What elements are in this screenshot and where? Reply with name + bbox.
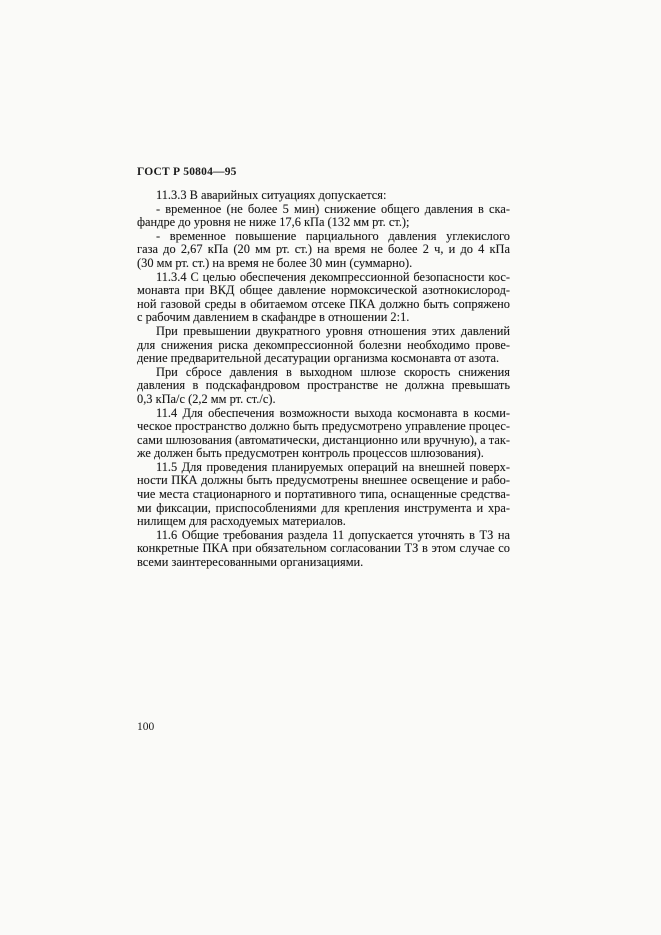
text-line: чие места стационарного и портативного т… bbox=[137, 488, 510, 502]
paragraph: 11.6 Общие требования раздела 11 допуска… bbox=[137, 529, 510, 570]
text-line: фандре до уровня не ниже 17,6 кПа (132 м… bbox=[137, 216, 510, 230]
text-line: ческое пространство должно быть предусмо… bbox=[137, 420, 510, 434]
text-line: 0,3 кПа/с (2,2 мм рт. ст./с). bbox=[137, 393, 510, 407]
text-line: ми фиксации, приспособлениями для крепле… bbox=[137, 502, 510, 516]
text-line: нилищем для расходуемых материалов. bbox=[137, 515, 510, 529]
text-line: ности ПКА должны быть предусмотрены внеш… bbox=[137, 474, 510, 488]
page-number: 100 bbox=[137, 721, 154, 733]
text-line: 11.5 Для проведения планируемых операций… bbox=[137, 461, 510, 475]
text-line: (30 мм рт. ст.) на время не более 30 мин… bbox=[137, 257, 510, 271]
text-line: - временное повышение парциального давле… bbox=[137, 230, 510, 244]
text-line: При сбросе давления в выходном шлюзе ско… bbox=[137, 366, 510, 380]
text-line: 11.6 Общие требования раздела 11 допуска… bbox=[137, 529, 510, 543]
text-line: 11.3.4 С целью обеспечения декомпрессион… bbox=[137, 271, 510, 285]
text-line: газа до 2,67 кПа (20 мм рт. ст.) на врем… bbox=[137, 243, 510, 257]
text-line: дение предварительной десатурации органи… bbox=[137, 352, 510, 366]
text-line: же должен быть предусмотрен контроль про… bbox=[137, 447, 510, 461]
paragraph: 11.3.4 С целью обеспечения декомпрессион… bbox=[137, 271, 510, 325]
body-text: 11.3.3 В аварийных ситуациях допускается… bbox=[137, 189, 510, 570]
text-line: 11.3.3 В аварийных ситуациях допускается… bbox=[137, 189, 510, 203]
document-page: ГОСТ Р 50804—95 11.3.3 В аварийных ситуа… bbox=[0, 0, 661, 935]
text-line: давления в подскафандровом пространстве … bbox=[137, 379, 510, 393]
text-line: монавта при ВКД общее давление нормоксич… bbox=[137, 284, 510, 298]
text-line: с рабочим давлением в скафандре в отноше… bbox=[137, 311, 510, 325]
paragraph: При сбросе давления в выходном шлюзе ско… bbox=[137, 366, 510, 407]
text-line: всеми заинтересованными организациями. bbox=[137, 556, 510, 570]
text-line: для снижения риска декомпрессионной боле… bbox=[137, 339, 510, 353]
text-line: При превышении двукратного уровня отноше… bbox=[137, 325, 510, 339]
text-line: ной газовой среды в обитаемом отсеке ПКА… bbox=[137, 298, 510, 312]
paragraph: - временное (не более 5 мин) снижение об… bbox=[137, 203, 510, 230]
paragraph: 11.5 Для проведения планируемых операций… bbox=[137, 461, 510, 529]
text-line: 11.4 Для обеспечения возможности выхода … bbox=[137, 407, 510, 421]
text-line: сами шлюзования (автоматически, дистанци… bbox=[137, 434, 510, 448]
running-head: ГОСТ Р 50804—95 bbox=[137, 166, 237, 178]
paragraph: - временное повышение парциального давле… bbox=[137, 230, 510, 271]
paragraph: При превышении двукратного уровня отноше… bbox=[137, 325, 510, 366]
text-line: - временное (не более 5 мин) снижение об… bbox=[137, 203, 510, 217]
paragraph: 11.3.3 В аварийных ситуациях допускается… bbox=[137, 189, 510, 203]
text-line: конкретные ПКА при обязательном согласов… bbox=[137, 542, 510, 556]
paragraph: 11.4 Для обеспечения возможности выхода … bbox=[137, 407, 510, 461]
